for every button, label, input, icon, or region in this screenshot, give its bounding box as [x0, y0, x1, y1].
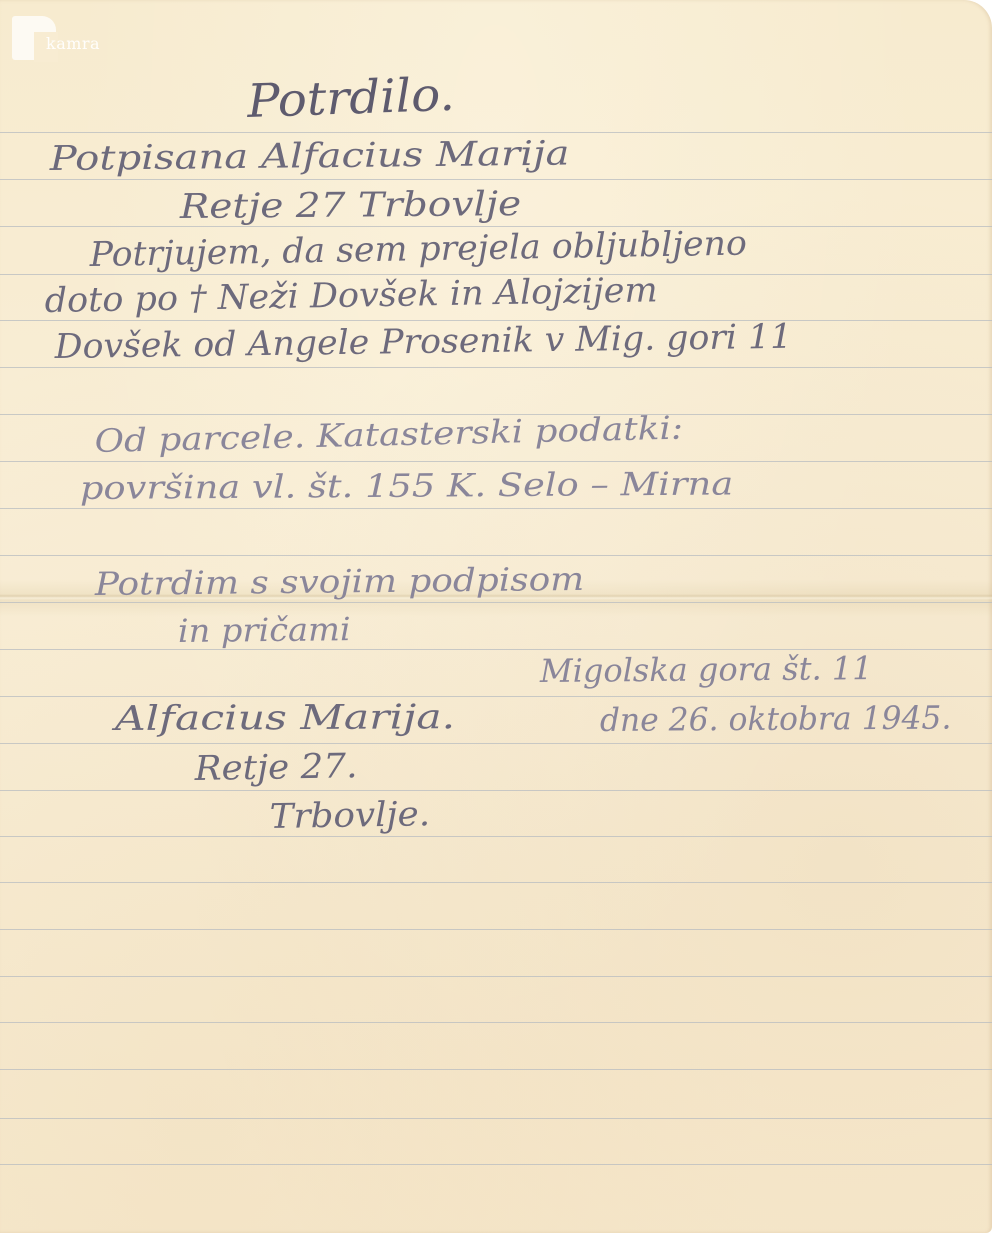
text-line-8: Potrdim s svojim podpisom — [95, 563, 585, 600]
text-line-1: Potpisana Alfacius Marija — [50, 137, 570, 176]
signature-street: Retje 27. — [194, 749, 357, 786]
ruled-line — [0, 508, 992, 509]
ruled-line — [0, 1164, 992, 1165]
text-line-7: površina vl. št. 155 K. Selo – Mirna — [80, 467, 734, 504]
ruled-line — [0, 976, 992, 977]
ruled-line — [0, 1069, 992, 1070]
ruled-line — [0, 461, 992, 462]
ruled-line — [0, 132, 992, 133]
document-title: Potrdilo. — [246, 71, 455, 124]
signature-town: Trbovlje. — [269, 797, 430, 834]
watermark-text: kamra — [46, 34, 100, 53]
text-line-2: Retje 27 Trbovlje — [180, 187, 522, 224]
ruled-line — [0, 179, 992, 180]
text-line-9: in pričami — [178, 613, 351, 647]
date-line: dne 26. oktobra 1945. — [600, 702, 952, 736]
text-line-3: Potrjujem, da sem prejela obljubljeno — [89, 227, 747, 272]
ruled-line — [0, 743, 992, 744]
ruled-line — [0, 1118, 992, 1119]
ruled-line — [0, 555, 992, 556]
ruled-line — [0, 929, 992, 930]
ruled-line — [0, 790, 992, 791]
ruled-line — [0, 696, 992, 697]
text-line-4: doto po † Neži Dovšek in Alojzijem — [44, 273, 657, 318]
text-line-5: Dovšek od Angele Prosenik v Mig. gori 11 — [55, 320, 793, 364]
kamra-watermark: kamra — [12, 14, 112, 60]
ruled-line — [0, 226, 992, 227]
ruled-line — [0, 882, 992, 883]
ruled-line — [0, 836, 992, 837]
signature-name: Alfacius Marija. — [115, 700, 455, 736]
ruled-line — [0, 1022, 992, 1023]
ruled-line — [0, 367, 992, 368]
place-line: Migolska gora št. 11 — [540, 652, 873, 687]
document-page: kamra Potrdilo. Potpisana Alfacius Marij… — [0, 0, 992, 1233]
text-line-6: Od parcele. Katasterski podatki: — [94, 412, 683, 457]
